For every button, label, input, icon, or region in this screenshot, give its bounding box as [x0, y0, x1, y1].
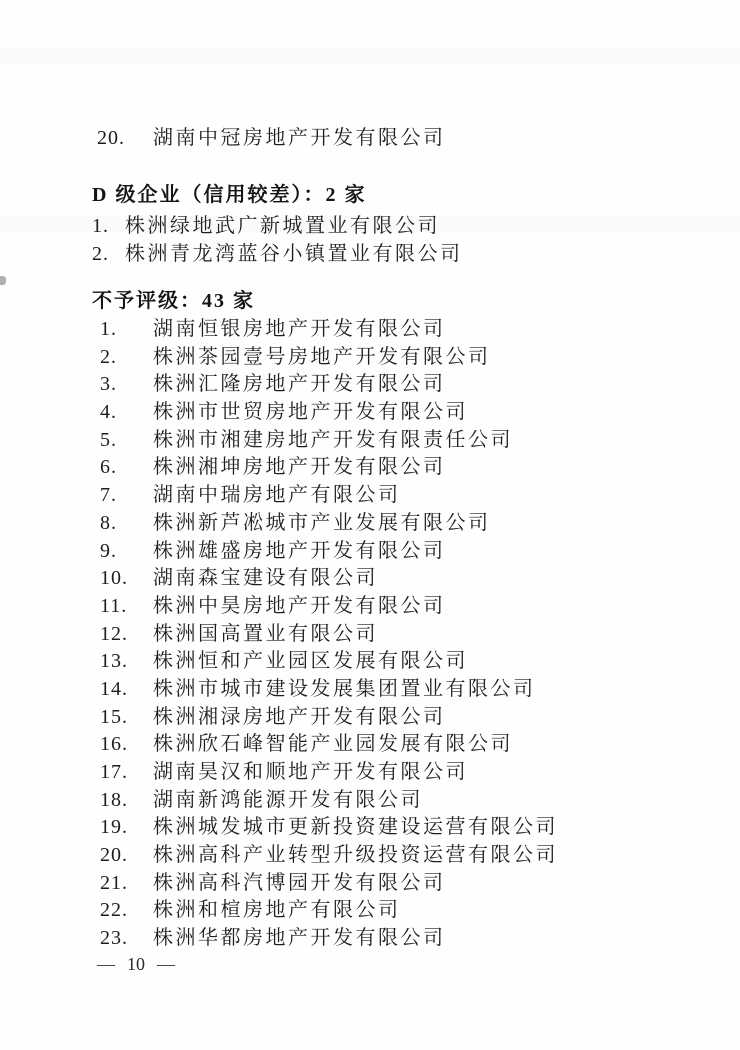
list-item: 7. 湖南中瑞房地产有限公司 [92, 482, 558, 510]
company-name: 株洲湘坤房地产开发有限公司 [153, 454, 446, 482]
company-name: 株洲华都房地产开发有限公司 [153, 925, 446, 953]
item-number: 9. [100, 538, 153, 566]
section-d-grade: D 级企业（信用较差）：2 家 1. 株洲绿地武广新城置业有限公司 2. 株洲青… [92, 181, 463, 268]
company-name: 株洲茶园壹号房地产开发有限公司 [153, 344, 491, 372]
item-number: 2. [100, 344, 153, 372]
item-number: 11. [100, 593, 153, 621]
company-name: 株洲汇隆房地产开发有限公司 [153, 371, 446, 399]
page-number: 10 [127, 954, 145, 975]
list-item: 13. 株洲恒和产业园区发展有限公司 [92, 648, 558, 676]
list-item: 21. 株洲高科汽博园开发有限公司 [92, 870, 558, 898]
company-name: 株洲欣石峰智能产业园发展有限公司 [153, 731, 513, 759]
list-item: 22. 株洲和楦房地产有限公司 [92, 897, 558, 925]
list-item: 4. 株洲市世贸房地产开发有限公司 [92, 399, 558, 427]
company-name: 株洲新芦凇城市产业发展有限公司 [153, 510, 491, 538]
list-item: 9. 株洲雄盛房地产开发有限公司 [92, 538, 558, 566]
item-number: 1. [100, 316, 153, 344]
item-number: 20. [97, 126, 153, 150]
item-number: 17. [100, 759, 153, 787]
item-number: 4. [100, 399, 153, 427]
item-number: 18. [100, 787, 153, 815]
list-item: 16. 株洲欣石峰智能产业园发展有限公司 [92, 731, 558, 759]
company-name: 株洲市城市建设发展集团置业有限公司 [153, 676, 536, 704]
list-item: 8. 株洲新芦凇城市产业发展有限公司 [92, 510, 558, 538]
list-item: 14. 株洲市城市建设发展集团置业有限公司 [92, 676, 558, 704]
company-name: 株洲恒和产业园区发展有限公司 [153, 648, 468, 676]
d-grade-company-list: 1. 株洲绿地武广新城置业有限公司 2. 株洲青龙湾蓝谷小镇置业有限公司 [92, 212, 463, 268]
item-number: 8. [100, 510, 153, 538]
company-name: 株洲高科产业转型升级投资运营有限公司 [153, 842, 558, 870]
company-name: 湖南中冠房地产开发有限公司 [153, 126, 446, 150]
item-number: 15. [100, 704, 153, 732]
list-item: 2. 株洲茶园壹号房地产开发有限公司 [92, 344, 558, 372]
company-name: 株洲青龙湾蓝谷小镇置业有限公司 [125, 240, 463, 268]
item-number: 22. [100, 897, 153, 925]
item-number: 20. [100, 842, 153, 870]
company-name: 株洲绿地武广新城置业有限公司 [125, 212, 440, 240]
company-name: 湖南新鸿能源开发有限公司 [153, 787, 423, 815]
list-item: 18. 湖南新鸿能源开发有限公司 [92, 787, 558, 815]
item-number: 10. [100, 565, 153, 593]
scan-band [0, 48, 740, 64]
list-item: 15. 株洲湘渌房地产开发有限公司 [92, 704, 558, 732]
item-number: 2. [92, 240, 125, 268]
company-name: 株洲和楦房地产有限公司 [153, 897, 401, 925]
list-item: 12. 株洲国高置业有限公司 [92, 621, 558, 649]
section-title-d-grade: D 级企业（信用较差）：2 家 [92, 181, 463, 209]
company-name: 株洲市湘建房地产开发有限责任公司 [153, 427, 513, 455]
list-item: 10. 湖南森宝建设有限公司 [92, 565, 558, 593]
list-item: 17. 湖南昊汉和顺地产开发有限公司 [92, 759, 558, 787]
item-number: 6. [100, 454, 153, 482]
item-number: 21. [100, 870, 153, 898]
footer-right-dash: — [157, 954, 175, 975]
item-number: 7. [100, 482, 153, 510]
company-name: 湖南中瑞房地产有限公司 [153, 482, 401, 510]
list-item-continued: 20. 湖南中冠房地产开发有限公司 [97, 126, 446, 150]
item-number: 5. [100, 427, 153, 455]
unrated-company-list: 1. 湖南恒银房地产开发有限公司 2. 株洲茶园壹号房地产开发有限公司 3. 株… [92, 316, 558, 953]
company-name: 株洲中昊房地产开发有限公司 [153, 593, 446, 621]
list-item: 23. 株洲华都房地产开发有限公司 [92, 925, 558, 953]
company-name: 株洲湘渌房地产开发有限公司 [153, 704, 446, 732]
list-item: 20. 株洲高科产业转型升级投资运营有限公司 [92, 842, 558, 870]
list-item: 3. 株洲汇隆房地产开发有限公司 [92, 371, 558, 399]
company-name: 株洲城发城市更新投资建设运营有限公司 [153, 814, 558, 842]
document-page: 20. 湖南中冠房地产开发有限公司 D 级企业（信用较差）：2 家 1. 株洲绿… [0, 0, 740, 1050]
company-name: 株洲国高置业有限公司 [153, 621, 378, 649]
item-number: 14. [100, 676, 153, 704]
section-unrated: 不予评级：43 家 1. 湖南恒银房地产开发有限公司 2. 株洲茶园壹号房地产开… [92, 287, 558, 953]
item-number: 23. [100, 925, 153, 953]
list-item: 11. 株洲中昊房地产开发有限公司 [92, 593, 558, 621]
list-item: 5. 株洲市湘建房地产开发有限责任公司 [92, 427, 558, 455]
scan-artifact [0, 276, 6, 285]
section-title-unrated: 不予评级：43 家 [92, 287, 558, 315]
page-footer: — 10 — [97, 954, 175, 975]
item-number: 19. [100, 814, 153, 842]
list-item: 19. 株洲城发城市更新投资建设运营有限公司 [92, 814, 558, 842]
item-number: 13. [100, 648, 153, 676]
list-item: 6. 株洲湘坤房地产开发有限公司 [92, 454, 558, 482]
company-name: 湖南昊汉和顺地产开发有限公司 [153, 759, 468, 787]
list-item: 1. 湖南恒银房地产开发有限公司 [92, 316, 558, 344]
company-name: 湖南森宝建设有限公司 [153, 565, 378, 593]
company-name: 株洲高科汽博园开发有限公司 [153, 870, 446, 898]
company-name: 株洲市世贸房地产开发有限公司 [153, 399, 468, 427]
company-name: 株洲雄盛房地产开发有限公司 [153, 538, 446, 566]
footer-left-dash: — [97, 954, 115, 975]
list-item: 1. 株洲绿地武广新城置业有限公司 [92, 212, 463, 240]
company-name: 湖南恒银房地产开发有限公司 [153, 316, 446, 344]
item-number: 3. [100, 371, 153, 399]
item-number: 16. [100, 731, 153, 759]
item-number: 12. [100, 621, 153, 649]
item-number: 1. [92, 212, 125, 240]
list-item: 2. 株洲青龙湾蓝谷小镇置业有限公司 [92, 240, 463, 268]
